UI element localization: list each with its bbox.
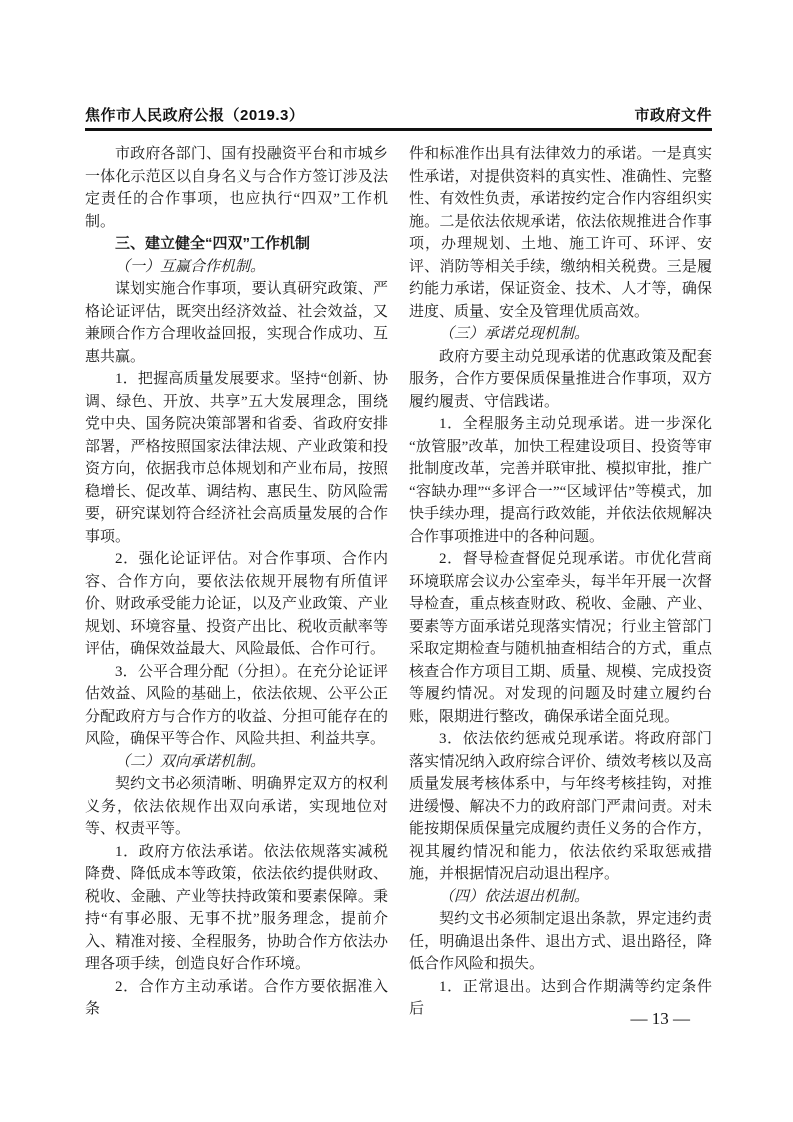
left-column: 市政府各部门、国有投融资平台和市城乡一体化示范区以自身名义与合作方签订涉及法定责… [85,143,388,1021]
subsection-heading: （一）互赢合作机制。 [85,256,388,279]
gazette-page: 焦作市人民政府公报（2019.3） 市政府文件 市政府各部门、国有投融资平台和市… [0,0,793,1122]
header-section-label: 市政府文件 [634,104,712,125]
paragraph: 1．把握高质量发展要求。坚持“创新、协调、绿色、开放、共享”五大发展理念，围绕党… [85,368,388,548]
body-columns: 市政府各部门、国有投融资平台和市城乡一体化示范区以自身名义与合作方签订涉及法定责… [85,143,712,1021]
paragraph: 1．全程服务主动兑现承诺。进一步深化“放管服”改革，加快工程建设项目、投资等审批… [409,413,712,548]
section-heading: 三、建立健全“四双”工作机制 [85,233,388,256]
page-header: 焦作市人民政府公报（2019.3） 市政府文件 [85,104,712,125]
paragraph: 政府方要主动兑现承诺的优惠政策及配套服务，合作方要保质保量推进合作事项，双方履约… [409,346,712,414]
subsection-heading: （四）依法退出机制。 [409,886,712,909]
paragraph: 契约文书必须制定退出条款，界定违约责任，明确退出条件、退出方式、退出路径，降低合… [409,908,712,976]
paragraph: 契约文书必须清晰、明确界定双方的权利义务，依法依规作出双向承诺，实现地位对等、权… [85,773,388,841]
header-publication-title: 焦作市人民政府公报（2019.3） [85,104,304,125]
paragraph: 3．公平合理分配（分担）。在充分论证评估效益、风险的基础上，依法依规、公平公正分… [85,661,388,751]
subsection-heading: （三）承诺兑现机制。 [409,323,712,346]
paragraph: 谋划实施合作事项，要认真研究政策、严格论证评估，既突出经济效益、社会效益，又兼顾… [85,278,388,368]
paragraph: 件和标准作出具有法律效力的承诺。一是真实性承诺，对提供资料的真实性、准确性、完整… [409,143,712,323]
page-footer: — 13 — [631,1008,691,1030]
paragraph: 2．强化论证评估。对合作事项、合作内容、合作方向，要依法依规开展物有所值评价、财… [85,548,388,661]
page-number: — 13 — [631,1009,691,1028]
header-divider [85,128,712,131]
paragraph: 市政府各部门、国有投融资平台和市城乡一体化示范区以自身名义与合作方签订涉及法定责… [85,143,388,233]
paragraph: 2．合作方主动承诺。合作方要依据准入条 [85,976,388,1021]
paragraph: 1．政府方依法承诺。依法依规落实减税降费、降低成本等政策，依法依约提供财政、税收… [85,841,388,976]
paragraph: 2．督导检查督促兑现承诺。市优化营商环境联席会议办公室牵头，每半年开展一次督导检… [409,548,712,728]
right-column: 件和标准作出具有法律效力的承诺。一是真实性承诺，对提供资料的真实性、准确性、完整… [409,143,712,1021]
subsection-heading: （二）双向承诺机制。 [85,751,388,774]
paragraph: 3．依法依约惩戒兑现承诺。将政府部门落实情况纳入政府综合评价、绩效考核以及高质量… [409,728,712,886]
